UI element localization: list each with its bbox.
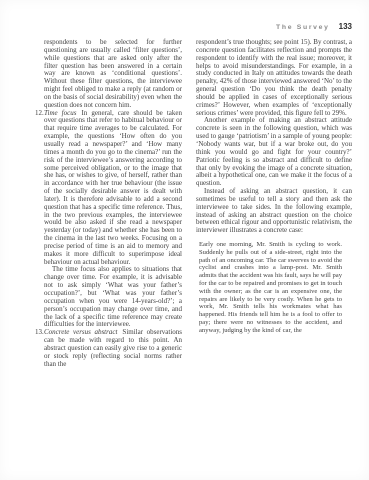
right-paragraph-2: Another example of making an abstract at… [196,117,352,188]
item-13-term: Concrete versus abstract [44,328,117,336]
item-13-number: 13. [35,329,44,337]
case-study-quote: Early one morning, Mr. Smith is cycling … [199,241,342,335]
item-12-text: In general, care should be taken over qu… [44,109,182,266]
running-head: The Survey 133 [276,22,352,31]
item-12-paragraph-2: The time focus also applies to situation… [44,266,182,329]
list-item-12: 12. Time focusIn general, care should be… [35,110,182,330]
right-paragraph-1: respondent’s true thoughts; see point 15… [196,39,352,117]
section-title: The Survey [276,24,330,31]
continuation-paragraph: respondents to be selected for further q… [35,39,182,110]
left-column: respondents to be selected for further q… [35,39,182,368]
item-13-paragraph: Concrete versus abstractSimilar observat… [44,329,182,368]
right-paragraph-3: Instead of asking an abstract question, … [196,188,352,235]
item-12-term: Time focus [44,109,76,117]
text-columns: respondents to be selected for further q… [35,39,352,368]
list-item-13: 13. Concrete versus abstractSimilar obse… [35,329,182,368]
item-12-number: 12. [35,110,44,118]
book-page: The Survey 133 respondents to be selecte… [0,0,369,480]
page-number: 133 [339,22,352,31]
right-column: respondent’s true thoughts; see point 15… [196,39,352,368]
item-12-paragraph: Time focusIn general, care should be tak… [44,110,182,267]
